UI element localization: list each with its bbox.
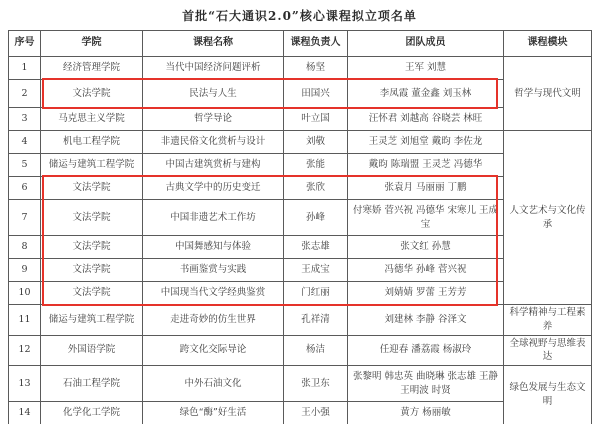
cell-no: 13 <box>9 366 41 402</box>
cell-no: 12 <box>9 335 41 366</box>
cell-college: 文法学院 <box>41 282 143 305</box>
cell-no: 3 <box>9 108 41 131</box>
cell-college: 石油工程学院 <box>41 366 143 402</box>
cell-college: 马克思主义学院 <box>41 108 143 131</box>
cell-leader: 门红丽 <box>284 282 348 305</box>
cell-college: 储运与建筑工程学院 <box>41 154 143 177</box>
cell-leader: 张能 <box>284 154 348 177</box>
cell-course: 中国舞感知与体验 <box>143 236 284 259</box>
column-header-course: 课程名称 <box>143 31 284 57</box>
cell-leader: 刘敬 <box>284 131 348 154</box>
cell-leader: 孙峰 <box>284 200 348 236</box>
cell-leader: 田国兴 <box>284 80 348 108</box>
cell-no: 6 <box>9 177 41 200</box>
cell-module: 哲学与现代文明 <box>504 57 592 131</box>
column-header-module: 课程模块 <box>504 31 592 57</box>
cell-team: 付寒娇 菅兴祝 冯德华 宋寒儿 王成宝 <box>348 200 504 236</box>
header-row: 序号 学院 课程名称 课程负责人 团队成员 课程模块 <box>9 31 592 57</box>
cell-team: 任迎春 潘荔霞 杨淑玲 <box>348 335 504 366</box>
cell-module: 全球视野与思维表达 <box>504 335 592 366</box>
cell-course: 中国现当代文学经典鉴赏 <box>143 282 284 305</box>
cell-college: 文法学院 <box>41 236 143 259</box>
cell-team: 黄方 杨丽敏 <box>348 402 504 424</box>
cell-no: 1 <box>9 57 41 80</box>
column-header-team: 团队成员 <box>348 31 504 57</box>
table-row: 1 经济管理学院 当代中国经济问题评析 杨坚 王军 刘慧 哲学与现代文明 <box>9 57 592 80</box>
cell-course: 中国古建筑赏析与建构 <box>143 154 284 177</box>
cell-no: 11 <box>9 305 41 336</box>
cell-team: 汪怀君 刘越高 谷晓芸 林旺 <box>348 108 504 131</box>
table-row: 12 外国语学院 跨文化交际导论 杨洁 任迎春 潘荔霞 杨淑玲 全球视野与思维表… <box>9 335 592 366</box>
cell-team: 王军 刘慧 <box>348 57 504 80</box>
cell-no: 14 <box>9 402 41 424</box>
cell-team: 张文红 孙慧 <box>348 236 504 259</box>
cell-course: 当代中国经济问题评析 <box>143 57 284 80</box>
cell-leader: 孔祥清 <box>284 305 348 336</box>
cell-team: 刘婧婧 罗蕾 王芳芳 <box>348 282 504 305</box>
cell-team: 戴昀 陈瑞盟 王灵芝 冯德华 <box>348 154 504 177</box>
cell-course: 中国非遗艺术工作坊 <box>143 200 284 236</box>
cell-module: 科学精神与工程素养 <box>504 305 592 336</box>
column-header-leader: 课程负责人 <box>284 31 348 57</box>
column-header-college: 学院 <box>41 31 143 57</box>
cell-course: 哲学导论 <box>143 108 284 131</box>
course-table: 序号 学院 课程名称 课程负责人 团队成员 课程模块 1 经济管理学院 当代中国… <box>8 30 592 424</box>
cell-leader: 张欣 <box>284 177 348 200</box>
cell-college: 文法学院 <box>41 259 143 282</box>
cell-college: 文法学院 <box>41 80 143 108</box>
cell-team: 冯德华 孙峰 菅兴祝 <box>348 259 504 282</box>
cell-course: 绿色“酶”好生活 <box>143 402 284 424</box>
cell-leader: 王小强 <box>284 402 348 424</box>
cell-course: 跨文化交际导论 <box>143 335 284 366</box>
cell-team: 王灵芝 刘旭堂 戴昀 李佐龙 <box>348 131 504 154</box>
cell-no: 5 <box>9 154 41 177</box>
cell-course: 古典文学中的历史变迁 <box>143 177 284 200</box>
cell-team: 张袁月 马丽丽 丁鹏 <box>348 177 504 200</box>
cell-no: 4 <box>9 131 41 154</box>
cell-college: 化学化工学院 <box>41 402 143 424</box>
cell-leader: 张志雄 <box>284 236 348 259</box>
cell-leader: 杨洁 <box>284 335 348 366</box>
cell-no: 9 <box>9 259 41 282</box>
cell-course: 民法与人生 <box>143 80 284 108</box>
cell-college: 机电工程学院 <box>41 131 143 154</box>
cell-course: 书画鉴赏与实践 <box>143 259 284 282</box>
cell-college: 文法学院 <box>41 177 143 200</box>
table-row: 13 石油工程学院 中外石油文化 张卫东 张黎明 韩忠英 曲晓琳 张志雄 王静 … <box>9 366 592 402</box>
column-header-no: 序号 <box>9 31 41 57</box>
cell-no: 10 <box>9 282 41 305</box>
cell-no: 2 <box>9 80 41 108</box>
cell-leader: 张卫东 <box>284 366 348 402</box>
cell-college: 经济管理学院 <box>41 57 143 80</box>
cell-no: 8 <box>9 236 41 259</box>
cell-course: 非遗民俗文化赏析与设计 <box>143 131 284 154</box>
cell-no: 7 <box>9 200 41 236</box>
cell-college: 文法学院 <box>41 200 143 236</box>
cell-leader: 杨坚 <box>284 57 348 80</box>
page-title: 首批“石大通识2.0”核心课程拟立项名单 <box>0 7 599 24</box>
cell-team: 李凤霞 董金鑫 刘玉林 <box>348 80 504 108</box>
table-row: 11 储运与建筑工程学院 走进奇妙的仿生世界 孔祥清 刘建林 李静 谷泽文 科学… <box>9 305 592 336</box>
cell-college: 储运与建筑工程学院 <box>41 305 143 336</box>
cell-leader: 王成宝 <box>284 259 348 282</box>
cell-course: 走进奇妙的仿生世界 <box>143 305 284 336</box>
cell-course: 中外石油文化 <box>143 366 284 402</box>
table-row: 4 机电工程学院 非遗民俗文化赏析与设计 刘敬 王灵芝 刘旭堂 戴昀 李佐龙 人… <box>9 131 592 154</box>
cell-leader: 叶立国 <box>284 108 348 131</box>
cell-team: 张黎明 韩忠英 曲晓琳 张志雄 王静 王明波 时贤 <box>348 366 504 402</box>
cell-module: 人文艺术与文化传承 <box>504 131 592 305</box>
cell-college: 外国语学院 <box>41 335 143 366</box>
cell-team: 刘建林 李静 谷泽文 <box>348 305 504 336</box>
cell-module: 绿色发展与生态文明 <box>504 366 592 424</box>
